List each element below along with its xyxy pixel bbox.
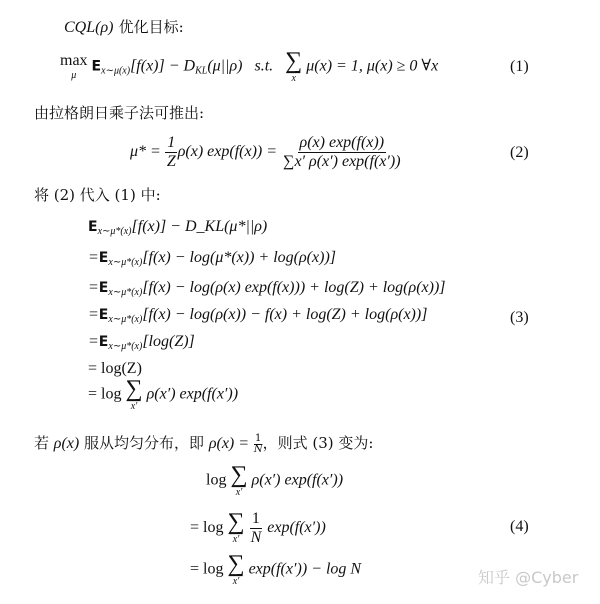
- sum-subscript: x′: [233, 577, 240, 587]
- eq1-body-b: (μ||ρ): [207, 58, 242, 75]
- eq4-line-2: = log ∑ x′ 1 N exp(f(x′)): [190, 510, 326, 546]
- line-prefix: log: [206, 472, 226, 489]
- equation-1: max μ Ex∼μ(x)[f(x)] − DKL(μ||ρ) s.t. ∑ x…: [60, 50, 438, 84]
- eq4-line-1: log ∑ x′ ρ(x′) exp(f(x′)): [206, 464, 343, 498]
- intro-text: 优化目标:: [119, 18, 184, 36]
- lagrange-text: 由拉格朗日乘子法可推出:: [34, 102, 204, 123]
- frac-den: N: [249, 529, 264, 547]
- intro-line: CQL(ρ) 优化目标:: [64, 16, 184, 37]
- sum-subscript: x′: [131, 402, 138, 412]
- line-prefix: =: [88, 333, 99, 350]
- frac-num: ρ(x) exp(f(x)): [298, 134, 387, 153]
- sum-operator: ∑ x′: [125, 378, 142, 412]
- frac-den: ∑x′ ρ(x′) exp(f(x′)): [281, 153, 403, 171]
- text-part: ，则式 (3) 变为:: [263, 434, 374, 452]
- sigma-icon: ∑: [227, 553, 244, 575]
- line-body: exp(f(x′)): [267, 519, 326, 536]
- line-prefix: = log: [88, 386, 121, 403]
- line-body: [f(x) − log(ρ(x)) − f(x) + log(Z) + log(…: [142, 306, 427, 323]
- sum-subscript: x: [291, 74, 295, 84]
- eq3-line-3: =Ex∼μ*(x)[f(x) − log(ρ(x) exp(f(x))) + l…: [88, 279, 446, 298]
- line-prefix: =: [88, 306, 99, 323]
- equation-number-4: (4): [510, 518, 529, 536]
- equation-2: μ* = 1 Z ρ(x) exp(f(x)) = ρ(x) exp(f(x))…: [130, 134, 403, 170]
- sigma-icon: ∑: [227, 511, 244, 533]
- text-part: 若: [34, 434, 49, 452]
- sum-subscript: x′: [233, 535, 240, 545]
- constraint: μ(x) = 1, μ(x) ≥ 0 ∀x: [306, 58, 438, 75]
- expectation-symbol: E: [99, 334, 109, 350]
- cql-symbol: CQL(ρ): [64, 19, 113, 36]
- expectation-symbol: E: [99, 280, 109, 296]
- eq1-body-a: [f(x)] − D: [130, 58, 195, 75]
- line-body: [f(x) − log(μ*(x)) + log(ρ(x))]: [142, 249, 336, 266]
- sum-operator: ∑ x′: [230, 464, 247, 498]
- softmax-fraction: ρ(x) exp(f(x)) ∑x′ ρ(x′) exp(f(x′)): [281, 134, 403, 170]
- eq3-line-7: = log ∑ x′ ρ(x′) exp(f(x′)): [88, 378, 238, 412]
- text-part: 服从均匀分布，即: [84, 434, 204, 452]
- sigma-icon: ∑: [125, 378, 142, 400]
- sum-operator: ∑ x: [285, 50, 302, 84]
- expectation-symbol: E: [99, 307, 109, 323]
- frac-num: 1: [250, 510, 262, 529]
- sum-operator: ∑ x′: [227, 553, 244, 587]
- expectation-subscript: x∼μ*(x): [108, 341, 142, 352]
- sum-operator: ∑ x′: [227, 511, 244, 545]
- frac-den: Z: [165, 153, 178, 171]
- one-over-n: 1 N: [249, 510, 264, 546]
- one-over-z: 1 Z: [165, 134, 178, 170]
- sum-subscript: x′: [236, 488, 243, 498]
- rho-equals: ρ(x) =: [209, 435, 249, 452]
- eq3-line-4: =Ex∼μ*(x)[f(x) − log(ρ(x)) − f(x) + log(…: [88, 306, 427, 325]
- line-prefix: =: [88, 279, 99, 296]
- max-label: max: [60, 53, 88, 69]
- expectation-symbol: E: [99, 250, 109, 266]
- expectation-subscript: x∼μ(x): [101, 66, 130, 77]
- sigma-icon: ∑: [230, 464, 247, 486]
- frac-den: N: [254, 445, 263, 455]
- line-body: ρ(x′) exp(f(x′)): [147, 386, 239, 403]
- eq3-line-2: =Ex∼μ*(x)[f(x) − log(μ*(x)) + log(ρ(x))]: [88, 249, 336, 268]
- line-prefix: = log: [190, 561, 223, 578]
- equation-number-3: (3): [510, 309, 529, 327]
- sigma-icon: ∑: [285, 50, 302, 72]
- eq3-line-5: =Ex∼μ*(x)[log(Z)]: [88, 333, 195, 352]
- eq2-lhs: μ* =: [130, 143, 161, 160]
- expectation-subscript: x∼μ*(x): [108, 257, 142, 268]
- rho-x: ρ(x): [54, 435, 79, 452]
- substitute-text: 将 (2) 代入 (1) 中:: [34, 184, 161, 205]
- eq3-line-1: Ex∼μ*(x)[f(x)] − D_KL(μ*||ρ): [88, 218, 267, 237]
- subject-to: s.t.: [254, 58, 273, 75]
- line-body: [f(x)] − D_KL(μ*||ρ): [132, 218, 268, 235]
- expectation-subscript: x∼μ*(x): [98, 226, 132, 237]
- line-body: [log(Z)]: [142, 333, 194, 350]
- expectation-symbol: E: [88, 219, 98, 235]
- equation-number-1: (1): [510, 58, 529, 76]
- expectation-subscript: x∼μ*(x): [108, 287, 142, 298]
- frac-num: 1: [254, 434, 262, 445]
- line-body: exp(f(x′)) − log N: [249, 561, 361, 578]
- max-operator: max μ: [60, 53, 88, 81]
- one-over-n: 1 N: [254, 434, 263, 455]
- expectation-subscript: x∼μ*(x): [108, 314, 142, 325]
- frac-num: 1: [165, 134, 177, 153]
- max-subscript: μ: [71, 71, 76, 81]
- uniform-text: 若 ρ(x) 服从均匀分布，即 ρ(x) = 1 N ，则式 (3) 变为:: [34, 432, 373, 455]
- line-prefix: =: [88, 249, 99, 266]
- line-body: [f(x) − log(ρ(x) exp(f(x))) + log(Z) + l…: [142, 279, 445, 296]
- line-prefix: = log: [190, 519, 223, 536]
- expectation-symbol: E: [92, 59, 102, 75]
- eq4-line-3: = log ∑ x′ exp(f(x′)) − log N: [190, 553, 361, 587]
- line-body: ρ(x′) exp(f(x′)): [252, 472, 344, 489]
- watermark: 知乎 @Cyber: [478, 565, 578, 588]
- eq2-mid: ρ(x) exp(f(x)) =: [178, 143, 277, 160]
- equation-number-2: (2): [510, 144, 529, 162]
- kl-subscript: KL: [195, 66, 207, 77]
